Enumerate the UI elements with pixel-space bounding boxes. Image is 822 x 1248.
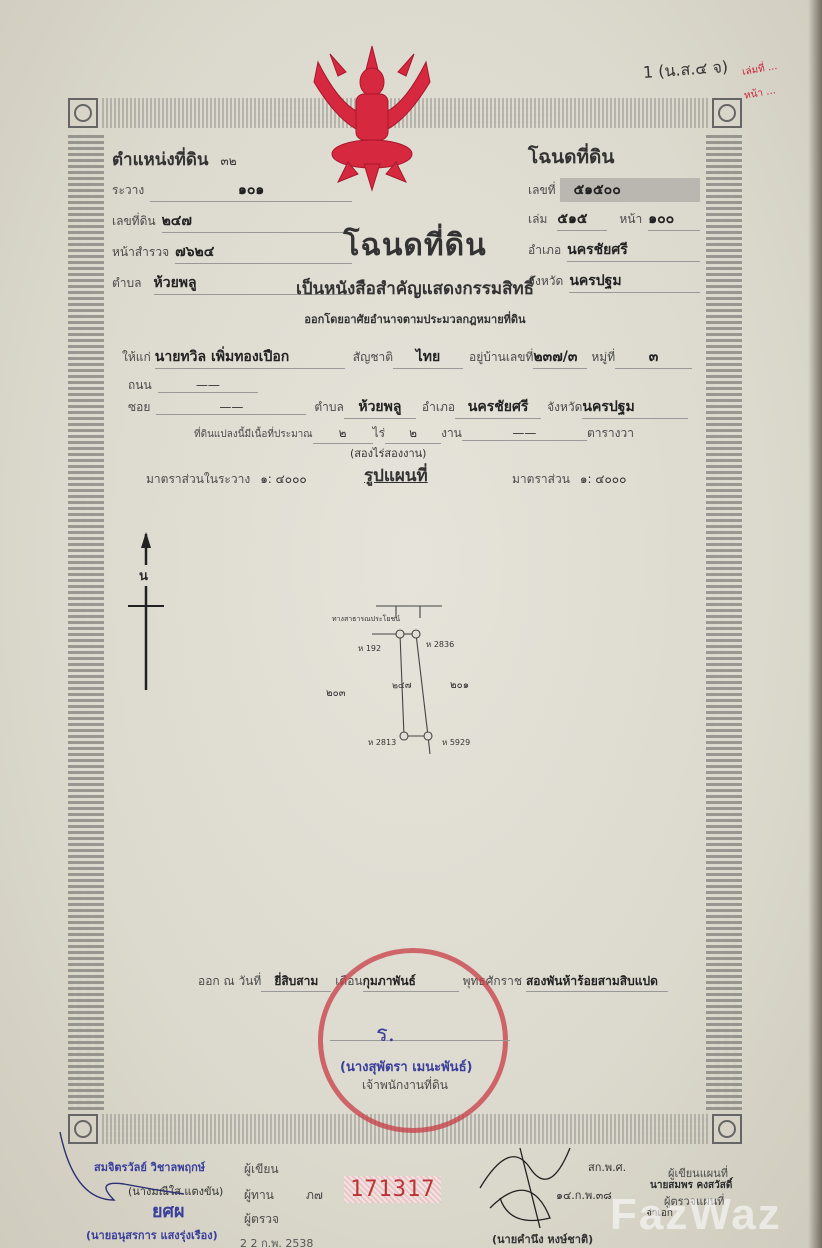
deed-province-value: นครปฐม: [569, 270, 700, 293]
land-no-label: เลขที่ดิน: [112, 212, 156, 231]
rawang-scale: มาตราส่วนในระวาง ๑: ๔๐๐๐: [146, 470, 307, 489]
land-position-heading: ตำแหน่งที่ดิน: [112, 146, 209, 173]
survey-page-label: หน้าสำรวจ: [112, 243, 169, 262]
owner-label: ให้แก่: [122, 348, 151, 367]
address-row: ซอย —— ตำบล ห้วยพลู อำเภอ นครชัยศรี จังห…: [128, 396, 688, 419]
parcel-map: ทางสาธารณประโยชน์ ๒๔๗ ๒๐๓ ๒๐๑ ห 192 ห 28…: [316, 598, 496, 758]
area-wa-label: ตารางวา: [587, 424, 634, 443]
owner-row: ให้แก่ นายทวิล เพิ่มทองเปือก สัญชาติ ไทย…: [122, 346, 692, 369]
area-ngan-value: ๒: [385, 424, 441, 444]
map-mark-bottom-left: ห 2813: [368, 736, 396, 749]
owner-province-label: จังหวัด: [547, 398, 582, 417]
land-position-heading-value: ๓๒: [221, 152, 237, 171]
date-stamp: 2 2 ก.พ. 2538: [240, 1234, 313, 1248]
nationality-value: ไทย: [393, 346, 463, 369]
owner-tambon-value: ห้วยพลู: [344, 396, 416, 419]
map-left-parcel: ๒๐๓: [326, 686, 346, 701]
corner-ornament-icon: [712, 1114, 742, 1144]
road-label: ถนน: [128, 376, 152, 395]
rawang-label: ระวาง: [112, 181, 144, 200]
area-rai-value: ๒: [313, 424, 373, 444]
house-no-label: อยู่บ้านเลขที่: [469, 348, 533, 367]
top-right-note: 1 (น.ส.๔ จ): [642, 55, 729, 86]
writer-role: ผู้เขียน: [244, 1160, 279, 1179]
map-title: รูปแผนที่: [364, 462, 428, 489]
map-right-parcel: ๒๐๑: [450, 678, 469, 693]
area-ngan-label: งาน: [441, 424, 462, 443]
house-no-value: ๒๓๗/๓: [533, 346, 587, 369]
deed-amphoe-value: นครชัยศรี: [567, 239, 700, 262]
issue-year-value: สองพันห้าร้อยสามสิบแปด: [526, 972, 668, 992]
watermark: FazWaz: [610, 1190, 782, 1240]
map-parcel-label: ๒๔๗: [392, 678, 412, 693]
moo-value: ๓: [615, 346, 692, 369]
map-writer-note: สก.พ.ศ.: [588, 1158, 626, 1176]
deed-number-value: ๕๑๕๐๐: [560, 178, 700, 202]
red-book-stamp: เล่มที่ ...: [741, 59, 779, 80]
moo-label: หมู่ที่: [591, 348, 615, 367]
verifier-name: (นายอนุสรการ แสงรุ่งเรือง): [86, 1226, 218, 1244]
page-label: หน้า: [619, 210, 642, 229]
blue-signature-scribble: [54, 1130, 204, 1224]
red-page-stamp: หน้า ...: [743, 83, 777, 103]
serial-number: 171317: [344, 1176, 441, 1203]
signature-scribble: [470, 1128, 590, 1242]
document-title-block: โฉนดที่ดิน เป็นหนังสือสำคัญแสดงกรรมสิทธิ…: [270, 222, 560, 328]
officer-signature-line: [330, 1040, 510, 1041]
rawang-scale-value: ๑: ๔๐๐๐: [260, 470, 307, 489]
document-authority: ออกโดยอาศัยอำนาจตามประมวลกฎหมายที่ดิน: [270, 310, 560, 328]
north-label: น: [139, 565, 148, 586]
area-note: (สองไร่สองงาน): [350, 444, 426, 462]
land-title-deed-document: 1 (น.ส.๔ จ) เล่มที่ ... หน้า ...: [0, 0, 822, 1248]
owner-amphoe-label: อำเภอ: [422, 398, 455, 417]
soi-value: ——: [156, 400, 306, 415]
document-subtitle: เป็นหนังสือสำคัญแสดงกรรมสิทธิ์: [270, 275, 560, 302]
area-wa-value: ——: [462, 426, 587, 441]
owner-name: นายทวิล เพิ่มทองเปือก: [155, 346, 345, 369]
officer-title: เจ้าพนักงานที่ดิน: [362, 1076, 448, 1095]
owner-amphoe-value: นครชัยศรี: [455, 396, 541, 419]
map-scale: มาตราส่วน ๑: ๔๐๐๐: [512, 470, 626, 489]
owner-province-value: นครปฐม: [582, 396, 688, 419]
map-scale-value: ๑: ๔๐๐๐: [580, 470, 627, 489]
area-label: ที่ดินแปลงนี้มีเนื้อที่ประมาณ: [194, 427, 313, 442]
area-row: ที่ดินแปลงนี้มีเนื้อที่ประมาณ ๒ ไร่ ๒ งา…: [194, 424, 634, 444]
corner-ornament-icon: [712, 98, 742, 128]
code-label: ภ๗: [306, 1186, 323, 1205]
soi-label: ซอย: [128, 398, 150, 417]
road-value: ——: [158, 378, 258, 393]
page-value: ๑๐๐: [648, 208, 700, 231]
officer-name: (นางสุพัตรา เมนะพันธ์): [340, 1056, 472, 1077]
border-right: [706, 132, 742, 1110]
document-title: โฉนดที่ดิน: [270, 222, 560, 269]
area-rai-label: ไร่: [373, 424, 385, 443]
issue-day-value: ยี่สิบสาม: [261, 972, 331, 992]
map-mark-top-right: ห 2836: [426, 638, 454, 651]
book-value: ๕๑๕: [557, 208, 607, 231]
checker-role: ผู้ทาน: [244, 1186, 274, 1205]
border-left: [68, 132, 104, 1110]
nationality-label: สัญชาติ: [353, 348, 393, 367]
tambon-label: ตำบล: [112, 274, 142, 293]
deed-heading: โฉนดที่ดิน: [528, 142, 700, 172]
owner-tambon-label: ตำบล: [314, 398, 344, 417]
officer-signature: ร.: [376, 1016, 395, 1051]
verifier-role: ผู้ตรวจ: [244, 1210, 279, 1229]
map-mark-bottom-right: ห 5929: [442, 736, 470, 749]
map-mark-top-left: ห 192: [358, 642, 381, 655]
deed-number-label: เลขที่: [528, 181, 556, 200]
corner-ornament-icon: [68, 98, 98, 128]
north-arrow-icon: [124, 530, 168, 694]
map-scale-label: มาตราส่วน: [512, 470, 570, 489]
rawang-value: ๑๐๑: [150, 179, 352, 202]
issue-date-label: ออก ณ วันที่: [198, 972, 261, 991]
map-top-label: ทางสาธารณประโยชน์: [332, 614, 400, 625]
rawang-scale-label: มาตราส่วนในระวาง: [146, 470, 250, 489]
road-row: ถนน ——: [128, 376, 258, 395]
